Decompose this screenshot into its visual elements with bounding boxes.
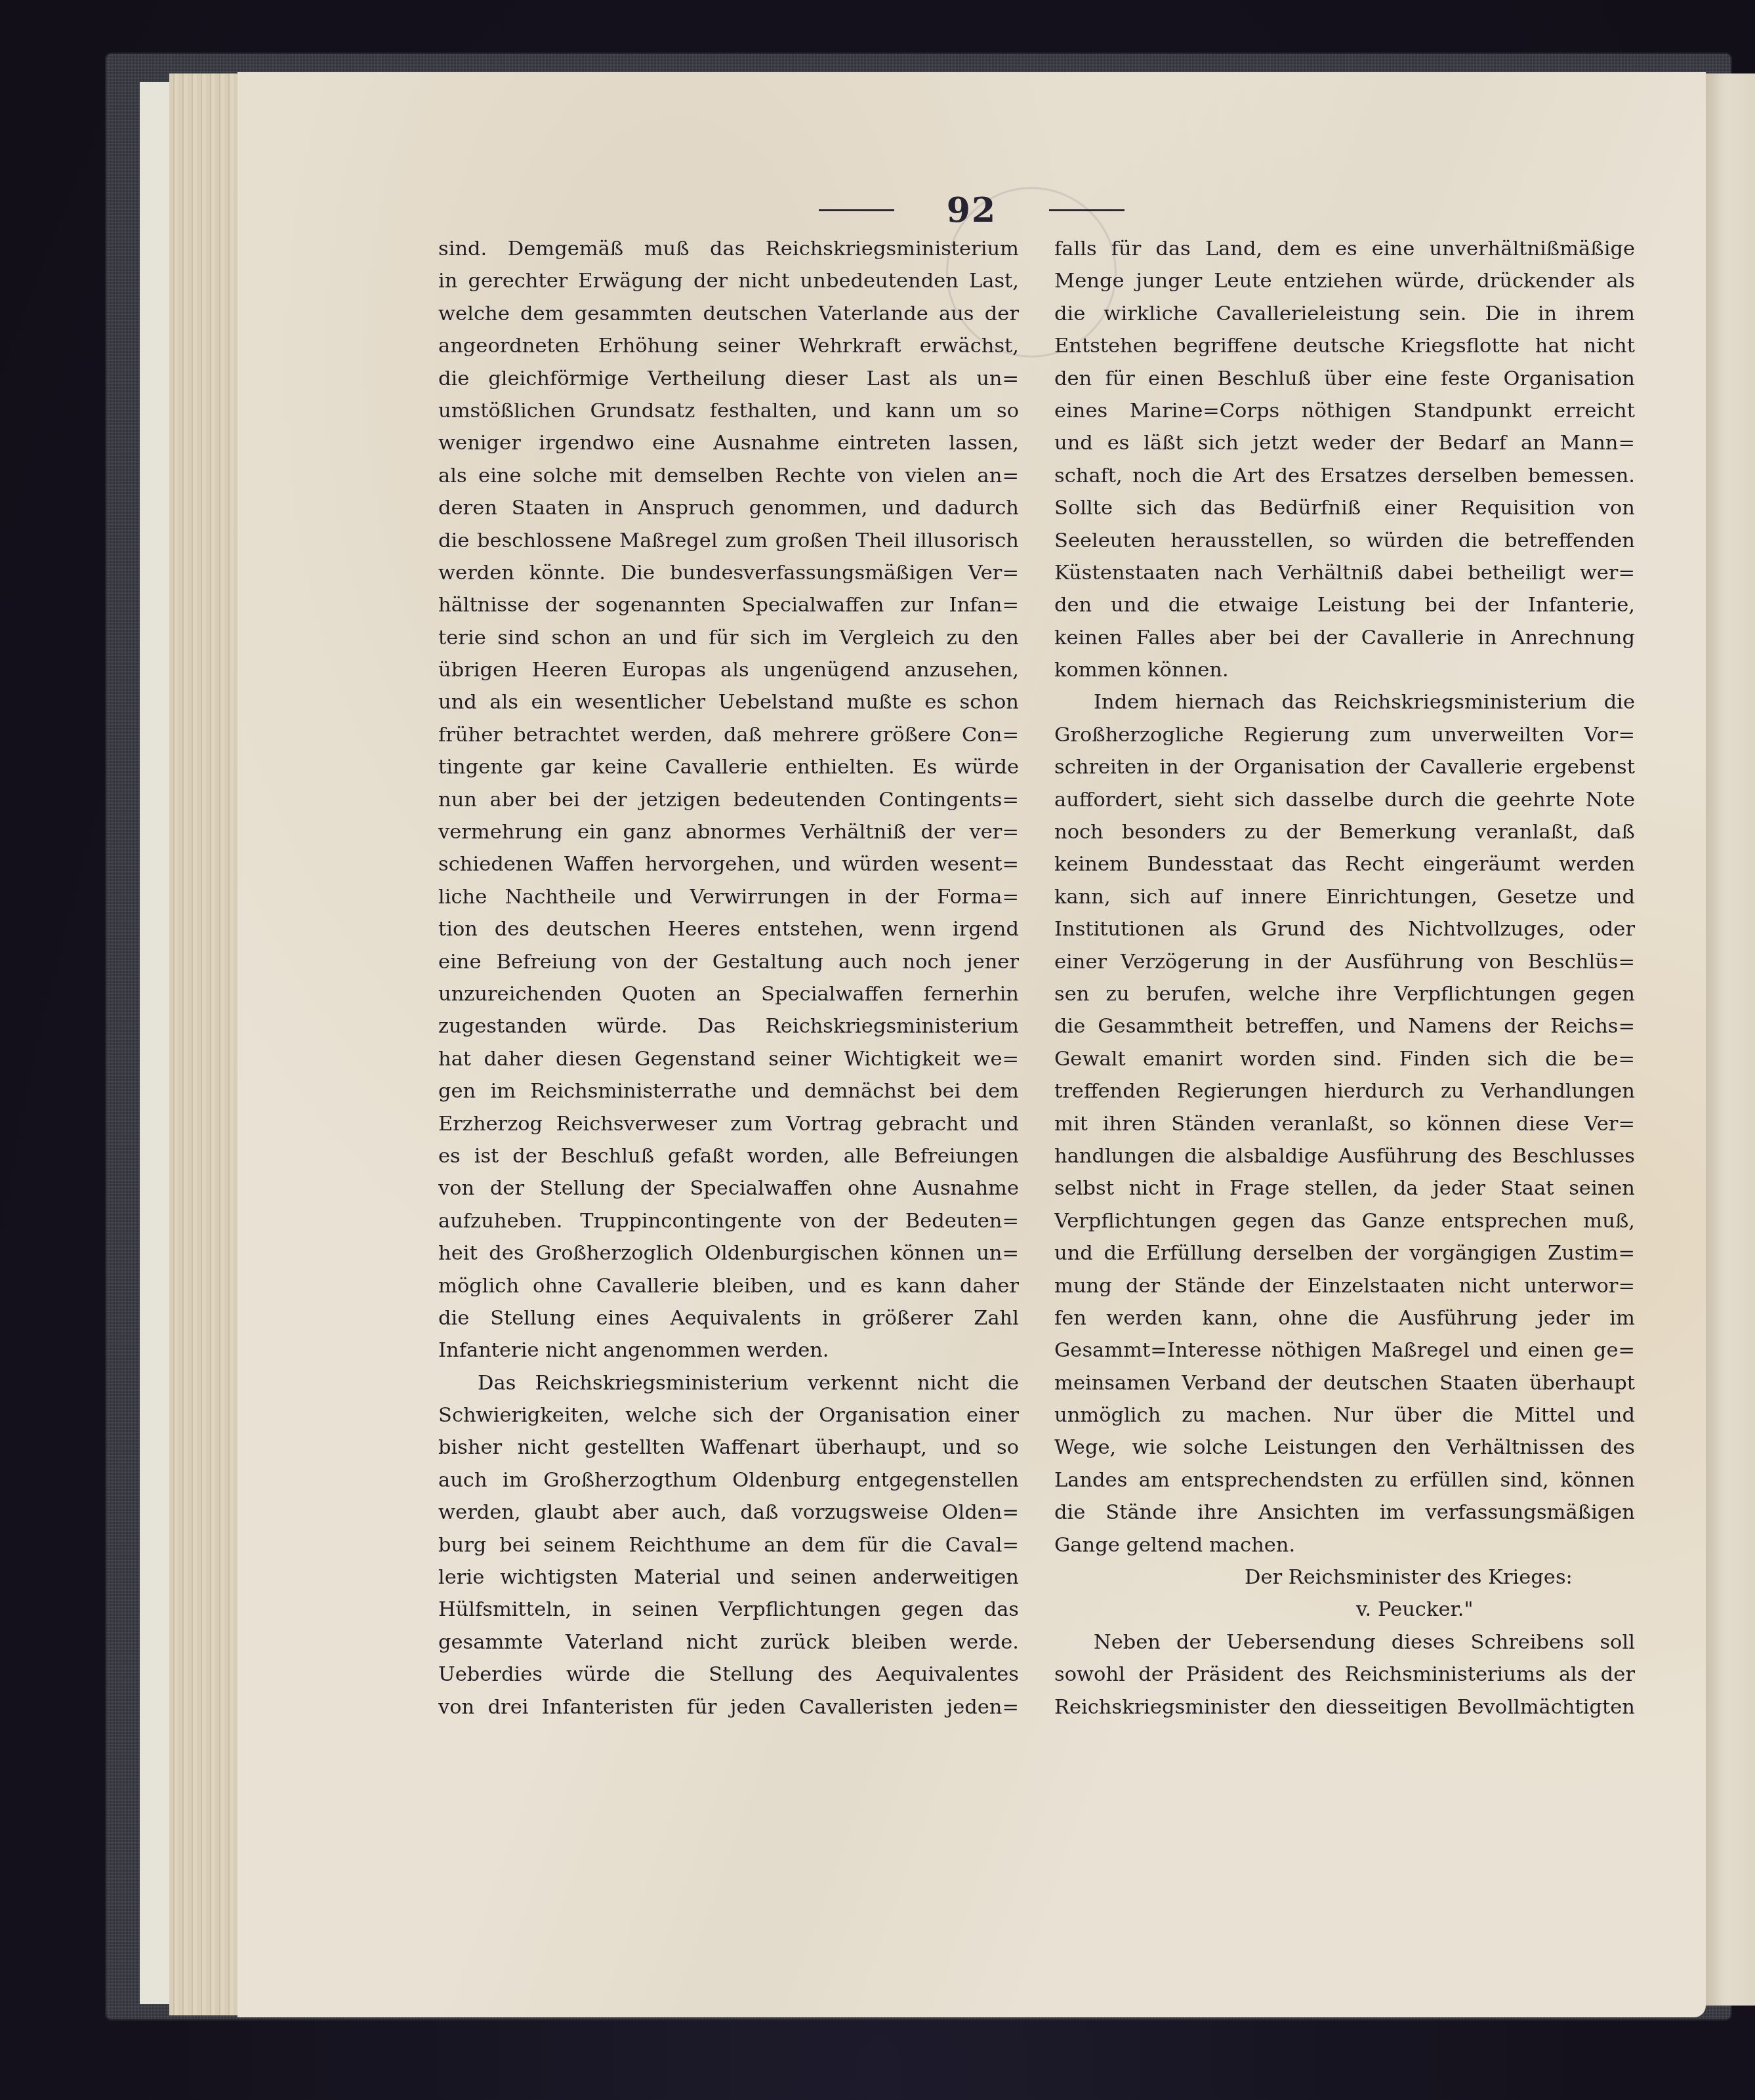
text-line: sind. Demgemäß muß das Reichskriegsminis…	[438, 233, 1019, 265]
text-line: Gesammt=Interesse nöthigen Maßregel und …	[1054, 1334, 1635, 1367]
text-line: Reichskriegsminister den diesseitigen Be…	[1054, 1691, 1635, 1723]
text-line: und es läßt sich jetzt weder der Bedarf …	[1054, 427, 1635, 459]
text-line: Großherzogliche Regierung zum unverweilt…	[1054, 719, 1635, 751]
text-line: zugestanden würde. Das Reichskriegsminis…	[438, 1010, 1019, 1042]
text-line: keinen Falles aber bei der Cavallerie in…	[1054, 622, 1635, 654]
text-line: vermehrung ein ganz abnormes Verhältniß …	[438, 816, 1019, 848]
text-line: Entstehen begriffene deutsche Kriegsflot…	[1054, 330, 1635, 362]
text-line: mit ihren Ständen veranlaßt, so können d…	[1054, 1108, 1635, 1140]
text-line: Küstenstaaten nach Verhältniß dabei beth…	[1054, 557, 1635, 589]
text-line: mung der Stände der Einzelstaaten nicht …	[1054, 1270, 1635, 1302]
text-line: Erzherzog Reichsverweser zum Vortrag geb…	[438, 1108, 1019, 1140]
text-line: von der Stellung der Specialwaffen ohne …	[438, 1172, 1019, 1204]
text-line: einer Verzögerung in der Ausführung von …	[1054, 946, 1635, 978]
text-line: werden könnte. Die bundesverfassungsmäßi…	[438, 557, 1019, 589]
text-line: gen im Reichsministerrathe und demnächst…	[438, 1075, 1019, 1107]
text-line: treffenden Regierungen hierdurch zu Verh…	[1054, 1075, 1635, 1107]
text-line: schaft, noch die Art des Ersatzes dersel…	[1054, 460, 1635, 492]
text-line: selbst nicht in Frage stellen, da jeder …	[1054, 1172, 1635, 1204]
page-header: 92	[237, 184, 1706, 236]
text-line: tion des deutschen Heeres entstehen, wen…	[438, 913, 1019, 945]
text-line: bisher nicht gestellten Waffenart überha…	[438, 1431, 1019, 1464]
text-line: als eine solche mit demselben Rechte von…	[438, 460, 1019, 492]
book-page: 92 sind. Demgemäß muß das Reichskriegsmi…	[237, 72, 1706, 2017]
text-line: die gleichförmige Vertheilung dieser Las…	[438, 363, 1019, 395]
text-line: hat daher diesen Gegenstand seiner Wicht…	[438, 1043, 1019, 1075]
endpaper	[140, 82, 169, 2004]
text-line: auch im Großherzogthum Oldenburg entgege…	[438, 1464, 1019, 1496]
text-line: umstößlichen Grundsatz festhalten, und k…	[438, 395, 1019, 427]
text-line: tingente gar keine Cavallerie enthielten…	[438, 751, 1019, 783]
next-page-edge	[1706, 73, 1755, 2006]
text-line: gesammte Vaterland nicht zurück bleiben …	[438, 1626, 1019, 1658]
text-line: hältnisse der sogenannten Specialwaffen …	[438, 589, 1019, 621]
text-line: Gewalt emanirt worden sind. Finden sich …	[1054, 1043, 1635, 1075]
text-line: deren Staaten in Anspruch genommen, und …	[438, 492, 1019, 524]
text-line: unmöglich zu machen. Nur über die Mittel…	[1054, 1399, 1635, 1431]
text-line: kommen können.	[1054, 654, 1635, 686]
text-line: Seeleuten herausstellen, so würden die b…	[1054, 525, 1635, 557]
text-line: Ueberdies würde die Stellung des Aequiva…	[438, 1658, 1019, 1691]
text-line: übrigen Heeren Europas als ungenügend an…	[438, 654, 1019, 686]
text-line: die Stellung eines Aequivalents in größe…	[438, 1302, 1019, 1334]
text-line: die Gesammtheit betreffen, und Namens de…	[1054, 1010, 1635, 1042]
text-line: die wirkliche Cavallerieleistung sein. D…	[1054, 298, 1635, 330]
text-line: sen zu berufen, welche ihre Verpflichtun…	[1054, 978, 1635, 1010]
text-line: Institutionen als Grund des Nichtvollzug…	[1054, 913, 1635, 945]
text-line: eine Befreiung von der Gestaltung auch n…	[438, 946, 1019, 978]
text-line: weniger irgendwo eine Ausnahme eintreten…	[438, 427, 1019, 459]
text-line: Hülfsmitteln, in seinen Verpflichtungen …	[438, 1594, 1019, 1626]
text-line: terie sind schon an und für sich im Verg…	[438, 622, 1019, 654]
text-line: und als ein wesentlicher Uebelstand mußt…	[438, 686, 1019, 718]
text-line: Wege, wie solche Leistungen den Verhältn…	[1054, 1431, 1635, 1464]
text-line: keinem Bundesstaat das Recht eingeräumt …	[1054, 848, 1635, 880]
text-line: schreiten in der Organisation der Cavall…	[1054, 751, 1635, 783]
text-line: möglich ohne Cavallerie bleiben, und es …	[438, 1270, 1019, 1302]
text-line: den und die etwaige Leistung bei der Inf…	[1054, 589, 1635, 621]
text-line: unzureichenden Quoten an Specialwaffen f…	[438, 978, 1019, 1010]
text-line: sowohl der Präsident des Reichsministeri…	[1054, 1658, 1635, 1691]
text-line: handlungen die alsbaldige Ausführung des…	[1054, 1140, 1635, 1172]
text-line: kann, sich auf innere Einrichtungen, Ges…	[1054, 881, 1635, 913]
header-rule-left	[819, 209, 894, 211]
text-line: in gerechter Erwägung der nicht unbedeut…	[438, 265, 1019, 297]
text-line: auffordert, sieht sich dasselbe durch di…	[1054, 784, 1635, 816]
text-line: Verpflichtungen gegen das Ganze entsprec…	[1054, 1205, 1635, 1237]
text-line: angeordneten Erhöhung seiner Wehrkraft e…	[438, 330, 1019, 362]
text-line: Gange geltend machen.	[1054, 1529, 1635, 1561]
text-line: schiedenen Waffen hervorgehen, und würde…	[438, 848, 1019, 880]
text-line: die beschlossene Maßregel zum großen The…	[438, 525, 1019, 557]
header-rule-right	[1049, 209, 1125, 211]
text-line: v. Peucker."	[1054, 1594, 1635, 1626]
text-line: liche Nachtheile und Verwirrungen in der…	[438, 881, 1019, 913]
text-line: Menge junger Leute entziehen würde, drüc…	[1054, 265, 1635, 297]
text-line: es ist der Beschluß gefaßt worden, alle …	[438, 1140, 1019, 1172]
text-line: lerie wichtigsten Material und seinen an…	[438, 1561, 1019, 1594]
text-line: werden, glaubt aber auch, daß vorzugswei…	[438, 1496, 1019, 1529]
text-line: Neben der Uebersendung dieses Schreibens…	[1054, 1626, 1635, 1658]
text-line: die Stände ihre Ansichten im verfassungs…	[1054, 1496, 1635, 1529]
text-line: burg bei seinem Reichthume an dem für di…	[438, 1529, 1019, 1561]
text-column-left: sind. Demgemäß muß das Reichskriegsminis…	[438, 233, 1019, 1723]
text-line: Indem hiernach das Reichskriegsministeri…	[1054, 686, 1635, 718]
text-line: falls für das Land, dem es eine unverhäl…	[1054, 233, 1635, 265]
text-line: Das Reichskriegsministerium verkennt nic…	[438, 1367, 1019, 1399]
text-line: Der Reichsminister des Krieges:	[1054, 1561, 1635, 1594]
text-line: Infanterie nicht angenommen werden.	[438, 1334, 1019, 1367]
text-line: Sollte sich das Bedürfniß einer Requisit…	[1054, 492, 1635, 524]
text-line: noch besonders zu der Bemerkung veranlaß…	[1054, 816, 1635, 848]
text-line: fen werden kann, ohne die Ausführung jed…	[1054, 1302, 1635, 1334]
text-line: eines Marine=Corps nöthigen Standpunkt e…	[1054, 395, 1635, 427]
text-line: von drei Infanteristen für jeden Cavalle…	[438, 1691, 1019, 1723]
text-line: Landes am entsprechendsten zu erfüllen s…	[1054, 1464, 1635, 1496]
text-line: welche dem gesammten deutschen Vaterland…	[438, 298, 1019, 330]
text-line: nun aber bei der jetzigen bedeutenden Co…	[438, 784, 1019, 816]
page-stack-edge	[169, 73, 238, 2015]
text-line: und die Erfüllung derselben der vorgängi…	[1054, 1237, 1635, 1269]
text-line: heit des Großherzoglich Oldenburgischen …	[438, 1237, 1019, 1269]
page-number: 92	[947, 190, 997, 230]
text-line: den für einen Beschluß über eine feste O…	[1054, 363, 1635, 395]
text-line: meinsamen Verband der deutschen Staaten …	[1054, 1367, 1635, 1399]
text-line: früher betrachtet werden, daß mehrere gr…	[438, 719, 1019, 751]
text-line: Schwierigkeiten, welche sich der Organis…	[438, 1399, 1019, 1431]
text-line: aufzuheben. Truppincontingente von der B…	[438, 1205, 1019, 1237]
text-column-right: falls für das Land, dem es eine unverhäl…	[1054, 233, 1635, 1723]
